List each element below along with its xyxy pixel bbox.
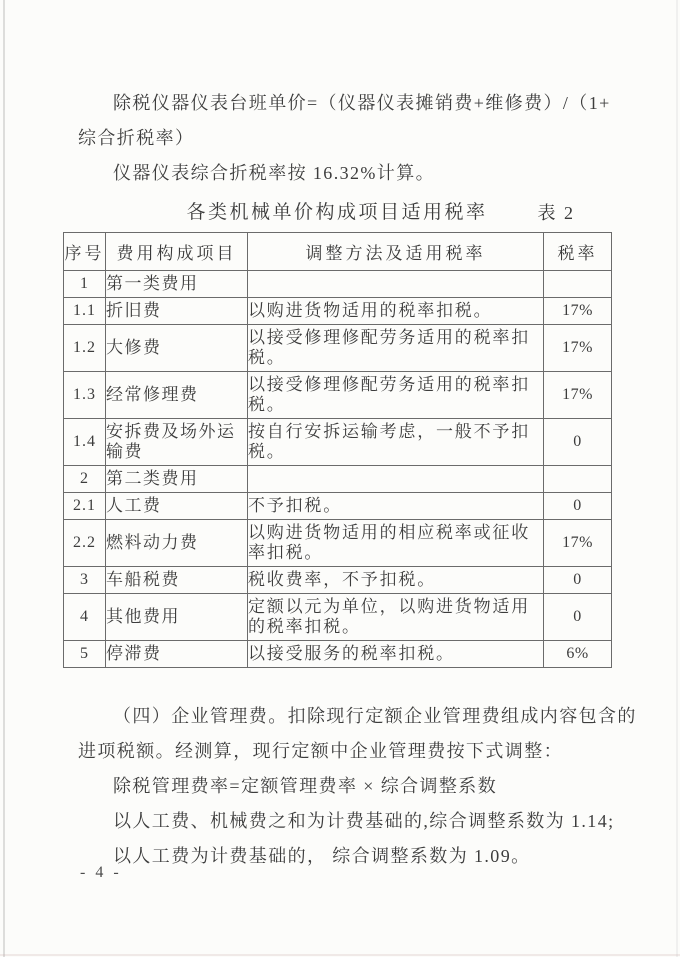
row-serial-number: 2.1 bbox=[64, 493, 106, 520]
row-tax-rate: 17% bbox=[544, 298, 612, 325]
table-row: 2 第二类费用 bbox=[64, 466, 612, 493]
page-number: - 4 - bbox=[80, 864, 122, 882]
row-adjustment-method: 以接受修理修配劳务适用的税率扣税。 bbox=[248, 325, 544, 372]
row-serial-number: 1 bbox=[64, 271, 106, 298]
row-adjustment-method: 以接受修理修配劳务适用的税率扣税。 bbox=[248, 372, 544, 419]
header-cost-item: 费用构成项目 bbox=[106, 233, 248, 271]
row-adjustment-method: 以接受服务的税率扣税。 bbox=[248, 641, 544, 668]
scan-edge-artifact-bottom bbox=[0, 954, 680, 956]
row-cost-item: 燃料动力费 bbox=[106, 520, 248, 567]
table-title: 各类机械单价构成项目适用税率 bbox=[63, 197, 611, 229]
table-row: 1.3 经常修理费 以接受修理修配劳务适用的税率扣税。 17% bbox=[64, 372, 612, 419]
row-cost-item: 车船税费 bbox=[106, 567, 248, 594]
row-tax-rate: 17% bbox=[544, 520, 612, 567]
scanned-document-page: 除税仪器仪表台班单价=（仪器仪表摊销费+维修费）/（1+ 综合折税率） 仪器仪表… bbox=[0, 0, 680, 957]
header-adjustment-method: 调整方法及适用税率 bbox=[248, 233, 544, 271]
row-cost-item: 第二类费用 bbox=[106, 466, 248, 493]
row-adjustment-method: 以购进货物适用的相应税率或征收率扣税。 bbox=[248, 520, 544, 567]
row-serial-number: 3 bbox=[64, 567, 106, 594]
intro-rate-note: 仪器仪表综合折税率按 16.32%计算。 bbox=[63, 156, 611, 191]
row-adjustment-method: 税收费率，不予扣税。 bbox=[248, 567, 544, 594]
row-adjustment-method bbox=[248, 271, 544, 298]
row-tax-rate: 0 bbox=[544, 567, 612, 594]
row-adjustment-method: 以购进货物适用的税率扣税。 bbox=[248, 298, 544, 325]
row-adjustment-method: 按自行安拆运输考虑，一般不予扣税。 bbox=[248, 419, 544, 466]
tax-rate-table: 序号 费用构成项目 调整方法及适用税率 税率 1 第一类费用 1.1 折旧费 以… bbox=[63, 232, 612, 668]
management-fee-section: （四）企业管理费。扣除现行定额企业管理费组成内容包含的 进项税额。经测算，现行定… bbox=[63, 699, 611, 874]
scan-edge-artifact-right bbox=[676, 0, 678, 957]
table-row: 1.4 安拆费及场外运输费 按自行安拆运输考虑，一般不予扣税。 0 bbox=[64, 419, 612, 466]
row-cost-item: 其他费用 bbox=[106, 594, 248, 641]
row-serial-number: 1.2 bbox=[64, 325, 106, 372]
section-paragraph-line-2: 进项税额。经测算，现行定额中企业管理费按下式调整： bbox=[63, 734, 611, 769]
table-number-label: 表 2 bbox=[538, 197, 576, 229]
table-row: 1.2 大修费 以接受修理修配劳务适用的税率扣税。 17% bbox=[64, 325, 612, 372]
row-tax-rate: 6% bbox=[544, 641, 612, 668]
document-content: 除税仪器仪表台班单价=（仪器仪表摊销费+维修费）/（1+ 综合折税率） 仪器仪表… bbox=[63, 86, 611, 874]
row-cost-item: 大修费 bbox=[106, 325, 248, 372]
row-serial-number: 1.4 bbox=[64, 419, 106, 466]
row-adjustment-method: 不予扣税。 bbox=[248, 493, 544, 520]
table-row: 2.1 人工费 不予扣税。 0 bbox=[64, 493, 612, 520]
section-paragraph-line-1: （四）企业管理费。扣除现行定额企业管理费组成内容包含的 bbox=[63, 699, 611, 734]
row-tax-rate bbox=[544, 466, 612, 493]
row-serial-number: 5 bbox=[64, 641, 106, 668]
row-tax-rate: 0 bbox=[544, 419, 612, 466]
table-header-row: 序号 费用构成项目 调整方法及适用税率 税率 bbox=[64, 233, 612, 271]
table-row: 5 停滞费 以接受服务的税率扣税。 6% bbox=[64, 641, 612, 668]
row-tax-rate: 0 bbox=[544, 594, 612, 641]
table-row: 1 第一类费用 bbox=[64, 271, 612, 298]
row-tax-rate: 17% bbox=[544, 372, 612, 419]
row-cost-item: 经常修理费 bbox=[106, 372, 248, 419]
row-serial-number: 2 bbox=[64, 466, 106, 493]
row-serial-number: 1.3 bbox=[64, 372, 106, 419]
table-row: 2.2 燃料动力费 以购进货物适用的相应税率或征收率扣税。 17% bbox=[64, 520, 612, 567]
coefficient-note-2: 以人工费为计费基础的， 综合调整系数为 1.09。 bbox=[63, 839, 611, 874]
row-tax-rate bbox=[544, 271, 612, 298]
row-tax-rate: 0 bbox=[544, 493, 612, 520]
row-serial-number: 4 bbox=[64, 594, 106, 641]
row-tax-rate: 17% bbox=[544, 325, 612, 372]
management-fee-formula: 除税管理费率=定额管理费率 × 综合调整系数 bbox=[63, 769, 611, 804]
row-adjustment-method bbox=[248, 466, 544, 493]
coefficient-note-1: 以人工费、机械费之和为计费基础的,综合调整系数为 1.14; bbox=[63, 804, 611, 839]
table-title-row: 各类机械单价构成项目适用税率 表 2 bbox=[63, 197, 611, 229]
table-row: 1.1 折旧费 以购进货物适用的税率扣税。 17% bbox=[64, 298, 612, 325]
row-serial-number: 1.1 bbox=[64, 298, 106, 325]
header-tax-rate: 税率 bbox=[544, 233, 612, 271]
row-adjustment-method: 定额以元为单位，以购进货物适用的税率扣税。 bbox=[248, 594, 544, 641]
row-cost-item: 第一类费用 bbox=[106, 271, 248, 298]
intro-formula-line-2: 综合折税率） bbox=[63, 121, 611, 156]
table-row: 3 车船税费 税收费率，不予扣税。 0 bbox=[64, 567, 612, 594]
row-serial-number: 2.2 bbox=[64, 520, 106, 567]
scan-edge-artifact-left bbox=[3, 0, 5, 957]
row-cost-item: 安拆费及场外运输费 bbox=[106, 419, 248, 466]
row-cost-item: 折旧费 bbox=[106, 298, 248, 325]
row-cost-item: 人工费 bbox=[106, 493, 248, 520]
row-cost-item: 停滞费 bbox=[106, 641, 248, 668]
table-row: 4 其他费用 定额以元为单位，以购进货物适用的税率扣税。 0 bbox=[64, 594, 612, 641]
header-serial-number: 序号 bbox=[64, 233, 106, 271]
intro-formula-line-1: 除税仪器仪表台班单价=（仪器仪表摊销费+维修费）/（1+ bbox=[63, 86, 611, 121]
